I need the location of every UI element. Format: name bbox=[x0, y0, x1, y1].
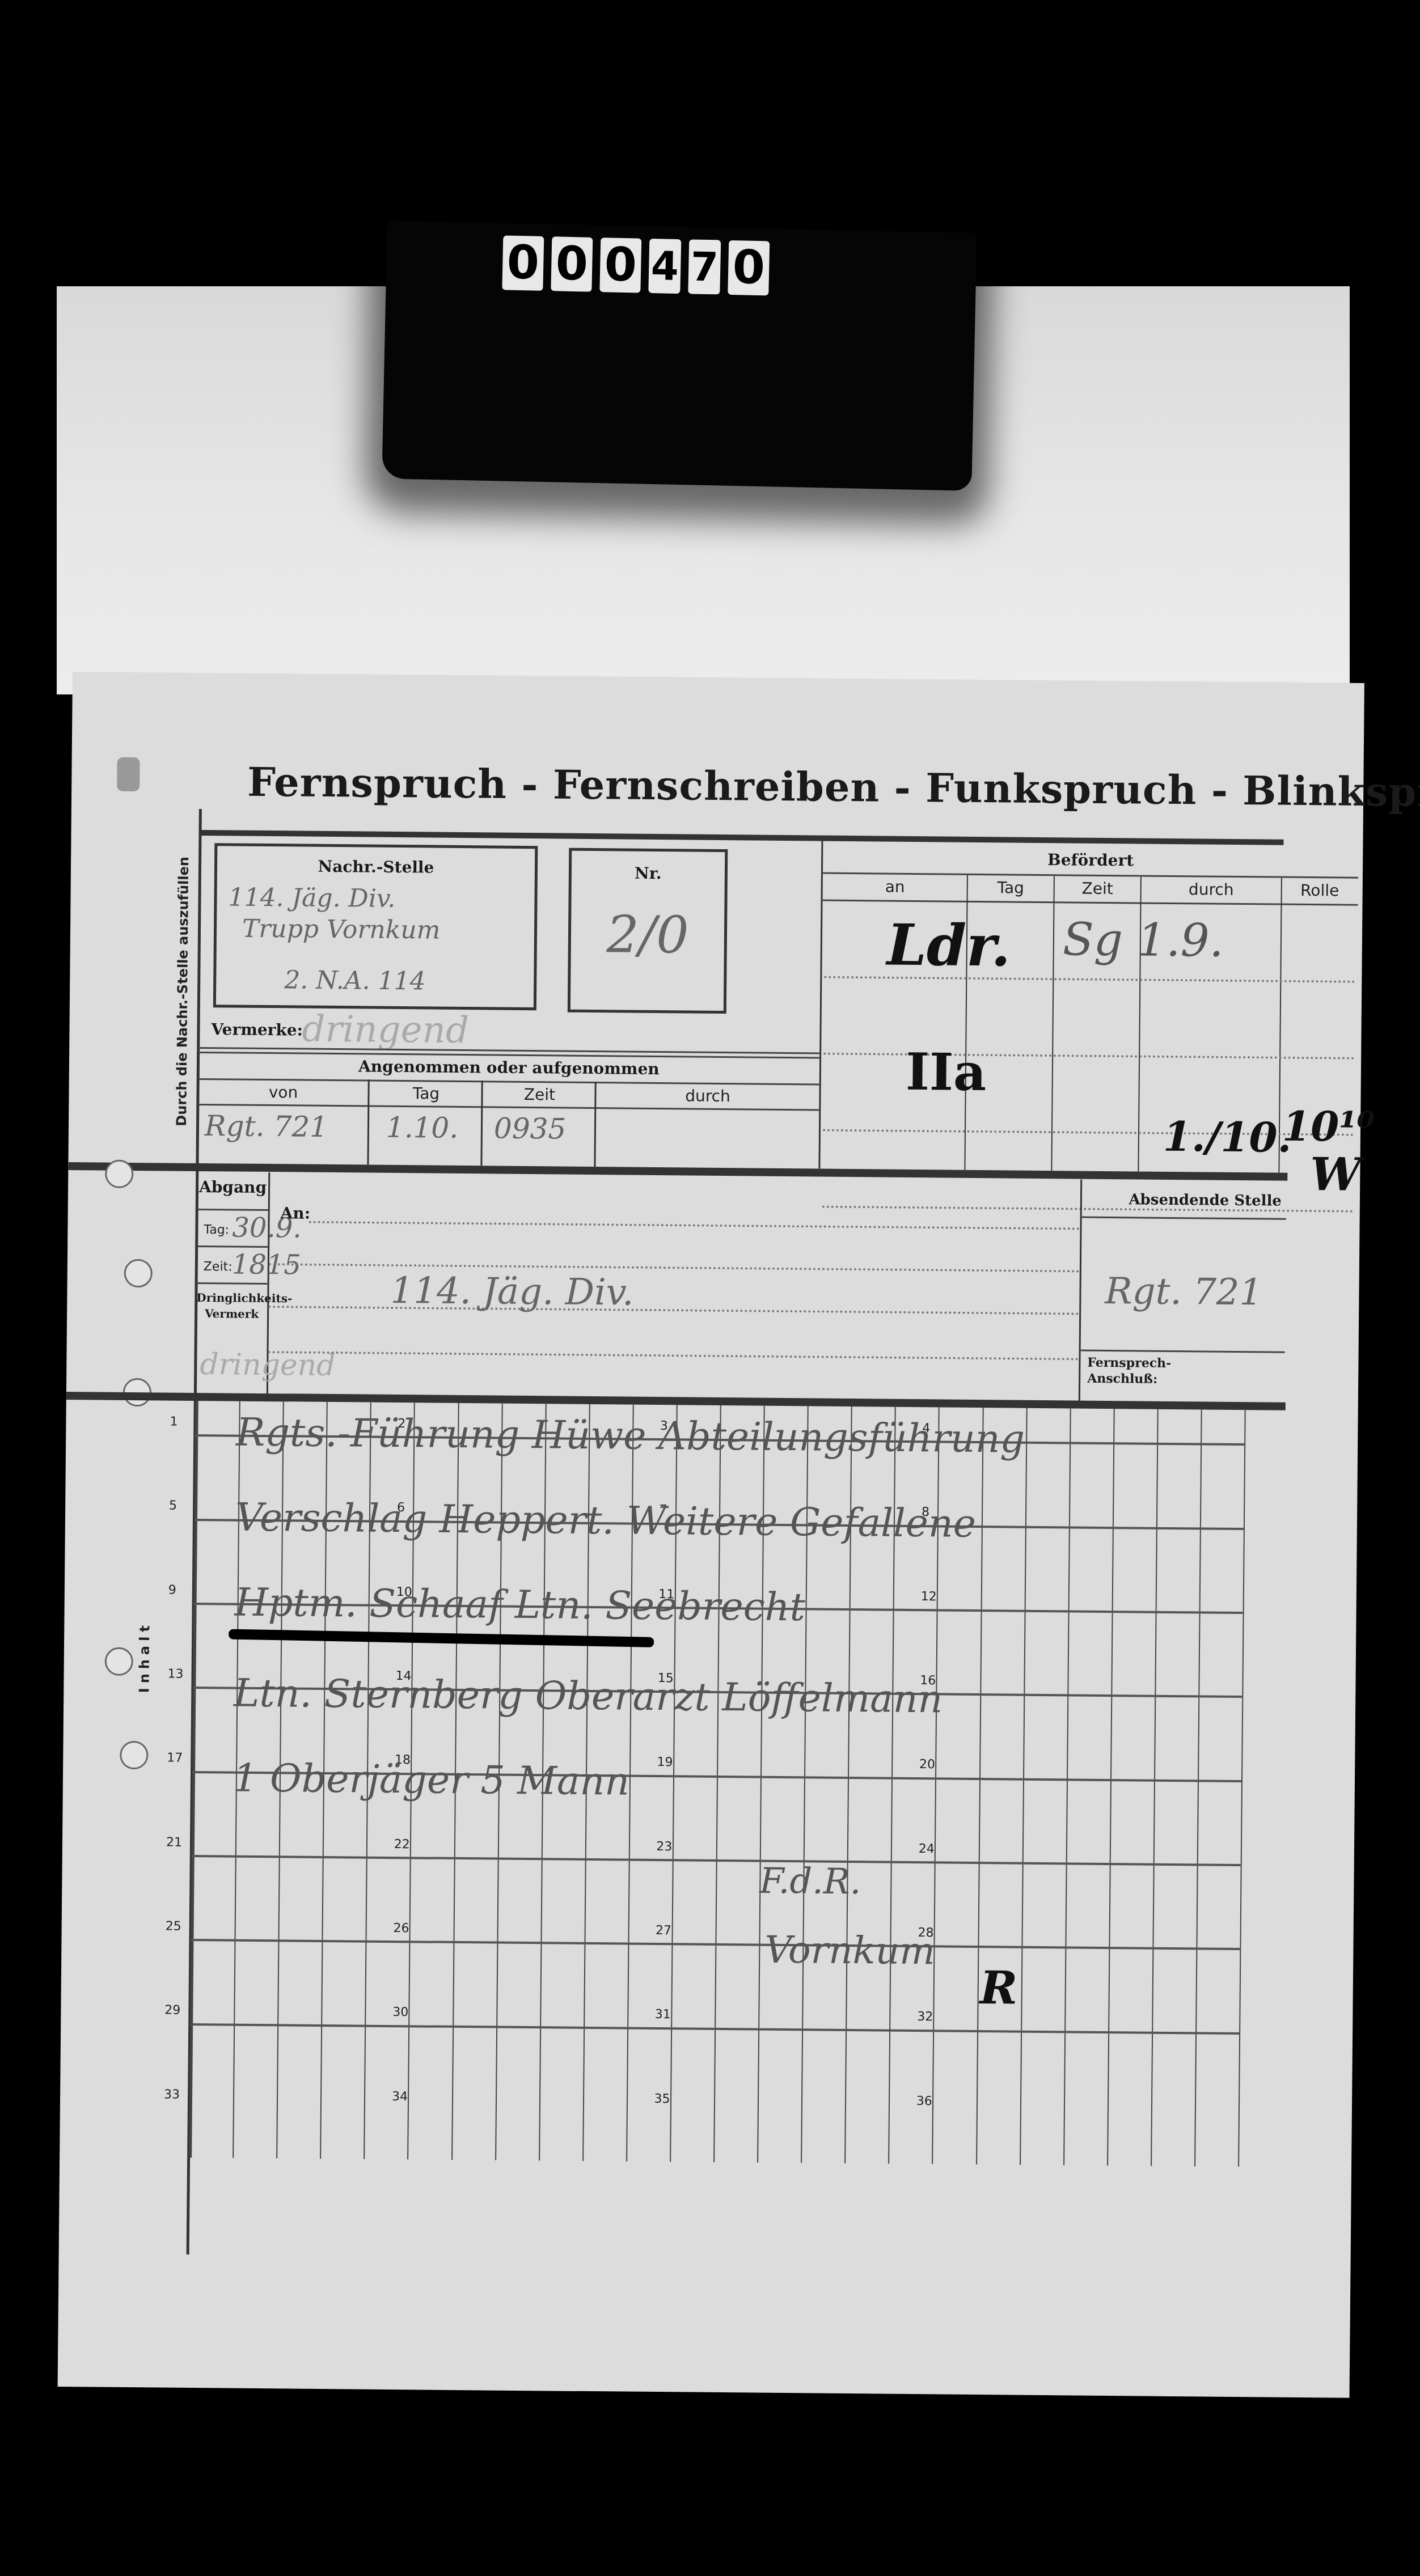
punch-hole bbox=[124, 1259, 153, 1287]
nachr-stelle-value: 2. N.A. 114 bbox=[284, 965, 426, 995]
nachr-stelle-box: Nachr.-Stelle 114. Jäg. Div. Trupp Vornk… bbox=[213, 843, 538, 1010]
angenommen-label: Angenommen oder aufgenommen bbox=[198, 1056, 819, 1080]
angenommen-tag-value: 1.10. bbox=[386, 1111, 459, 1145]
absendende-stelle-value: Rgt. 721 bbox=[1105, 1270, 1262, 1314]
befoerdert-col-rolle: Rolle bbox=[1282, 881, 1358, 900]
nachr-stelle-label: Nachr.-Stelle bbox=[217, 856, 535, 878]
grid-column-line bbox=[1107, 1409, 1115, 2166]
grid-column-number: 27 bbox=[656, 1923, 671, 1938]
an-value: 114. Jäg. Div. bbox=[390, 1270, 634, 1314]
divider bbox=[197, 1282, 268, 1285]
grid-row-number: 9 bbox=[168, 1583, 176, 1597]
an-label: An: bbox=[281, 1204, 311, 1222]
form-title: Fernspruch - Fernschreiben - Funkspruch … bbox=[247, 759, 1420, 817]
angenommen-col-zeit: Zeit bbox=[483, 1084, 596, 1104]
grid-column-number: 20 bbox=[919, 1757, 935, 1772]
grid-row-number: 1 bbox=[170, 1415, 177, 1429]
side-note: Durch die Nachr.-Stelle auszufüllen bbox=[174, 857, 192, 1126]
vermerke-value: dringend bbox=[302, 1009, 469, 1052]
angenommen-von-value: Rgt. 721 bbox=[205, 1109, 328, 1143]
counter-digits: 0 0 0 4 7 0 bbox=[502, 235, 770, 295]
befoerdert-rolle-value: 10¹⁰ bbox=[1282, 1102, 1375, 1151]
divider bbox=[197, 1209, 268, 1211]
befoerdert-mark: W bbox=[1310, 1147, 1362, 1201]
befoerdert-an-value: Ldr. bbox=[886, 912, 1011, 980]
grid-column-line bbox=[1238, 1410, 1246, 2167]
punch-hole bbox=[120, 1741, 148, 1769]
angenommen-col-durch: durch bbox=[596, 1086, 819, 1106]
grid-column-number: 23 bbox=[656, 1840, 672, 1854]
frame-counter: 0 0 0 4 7 0 bbox=[382, 221, 977, 491]
grid-row-number: 33 bbox=[164, 2087, 180, 2102]
grid-column-number: 24 bbox=[919, 1842, 935, 1856]
counter-digit: 0 bbox=[502, 235, 544, 290]
message-line: Verschlag Heppert. Weitere Gefallene bbox=[235, 1495, 977, 1547]
befoerdert-durch-value: Sg 1.9. bbox=[1063, 913, 1224, 967]
counter-digit: 0 bbox=[551, 236, 593, 291]
signature-fdr: F.d.R. bbox=[759, 1860, 861, 1903]
punch-hole bbox=[105, 1160, 133, 1188]
counter-digit: 0 bbox=[599, 238, 641, 293]
dringlichkeit-label: Dringlichkeits- bbox=[196, 1291, 267, 1305]
angenommen-col-tag: Tag bbox=[369, 1084, 483, 1104]
dotted-line bbox=[309, 1221, 1080, 1230]
befoerdert-an-value: IIa bbox=[905, 1042, 986, 1103]
message-line: Ltn. Sternberg Oberarzt Löffelmann bbox=[234, 1671, 943, 1722]
divider bbox=[1081, 1350, 1285, 1353]
abgang-zeit-label: Zeit: bbox=[204, 1260, 233, 1274]
clip-mark bbox=[117, 757, 140, 791]
grid-column-line bbox=[1063, 1408, 1071, 2165]
nr-box: Nr. 2/0 bbox=[568, 848, 728, 1014]
nr-label: Nr. bbox=[572, 863, 725, 883]
grid-row-number: 21 bbox=[166, 1835, 182, 1849]
grid-column-number: 36 bbox=[916, 2094, 932, 2108]
befoerdert-label: Befördert bbox=[823, 849, 1358, 872]
befoerdert-col-durch: durch bbox=[1141, 879, 1282, 899]
counter-digit: 4 bbox=[648, 239, 681, 294]
nr-value: 2/0 bbox=[571, 905, 725, 965]
grid-column-number: 31 bbox=[655, 2007, 671, 2022]
grid-row-number: 5 bbox=[169, 1499, 177, 1513]
dotted-line bbox=[268, 1351, 1079, 1360]
grid-row-number: 17 bbox=[167, 1751, 183, 1765]
grid-column-line bbox=[1194, 1409, 1202, 2166]
grid-column-number: 30 bbox=[392, 2005, 408, 2019]
message-line: Rgts.-Führung Hüwe Abteilungsführung bbox=[236, 1410, 1025, 1462]
counter-digit: 7 bbox=[688, 239, 721, 294]
befoerdert-col-tag: Tag bbox=[967, 878, 1054, 897]
message-form: Durch die Nachr.-Stelle auszufüllen Fern… bbox=[58, 672, 1364, 2398]
dotted-line bbox=[823, 1053, 1354, 1060]
befoerdert-col-zeit: Zeit bbox=[1054, 879, 1141, 898]
divider bbox=[480, 1081, 483, 1166]
divider bbox=[197, 1245, 268, 1248]
message-line: 1 Oberjäger 5 Mann bbox=[233, 1756, 630, 1804]
message-line: Hptm. Schaaf Ltn. Seebrecht bbox=[234, 1581, 805, 1630]
nachr-stelle-value: 114. Jäg. Div. bbox=[228, 883, 395, 913]
befoerdert-col-an: an bbox=[823, 877, 967, 897]
grid-column-line bbox=[976, 1408, 984, 2164]
divider bbox=[594, 1082, 596, 1167]
grid-row-number: 25 bbox=[166, 1920, 181, 1934]
grid-column-number: 12 bbox=[921, 1590, 937, 1604]
initial-mark: R bbox=[979, 1961, 1017, 2015]
grid-row-number: 13 bbox=[167, 1667, 183, 1681]
grid-column-number: 19 bbox=[657, 1755, 673, 1769]
angenommen-col-von: von bbox=[198, 1082, 368, 1103]
fold-label: Inhalt bbox=[136, 1621, 153, 1693]
divider bbox=[1082, 1217, 1286, 1220]
grid-column-number: 32 bbox=[917, 2010, 933, 2024]
grid-column-number: 26 bbox=[393, 1921, 409, 1935]
vermerke-label: Vermerke: bbox=[211, 1020, 303, 1039]
dringlichkeit-label: Vermerk bbox=[196, 1307, 267, 1321]
counter-digit: 0 bbox=[728, 240, 770, 295]
grid-column-number: 22 bbox=[394, 1837, 410, 1851]
grid-column-number: 35 bbox=[654, 2092, 670, 2106]
fernsprech-label: Anschluß: bbox=[1087, 1371, 1157, 1387]
punch-hole bbox=[105, 1647, 133, 1676]
title-rule bbox=[200, 830, 1283, 845]
grid-column-line bbox=[1151, 1409, 1159, 2166]
abgang-tag-label: Tag: bbox=[204, 1223, 229, 1237]
divider bbox=[1079, 1180, 1082, 1406]
absendende-stelle-label: Absendende Stelle bbox=[1083, 1191, 1282, 1210]
divider bbox=[367, 1080, 369, 1165]
grid-row-number: 29 bbox=[164, 2003, 180, 2018]
signature-name: Vornkum bbox=[764, 1928, 935, 1973]
befoerdert-durch-value: 1./10. bbox=[1163, 1112, 1292, 1162]
fernsprech-label: Fernsprech- bbox=[1087, 1355, 1171, 1371]
grid-column-line bbox=[1020, 1408, 1028, 2165]
divider bbox=[1051, 876, 1055, 1171]
divider bbox=[823, 900, 1358, 906]
abgang-label: Abgang bbox=[197, 1177, 268, 1197]
angenommen-zeit-value: 0935 bbox=[494, 1112, 567, 1146]
nachr-stelle-value: Trupp Vornkum bbox=[242, 914, 441, 945]
grid-column-number: 34 bbox=[392, 2090, 408, 2104]
